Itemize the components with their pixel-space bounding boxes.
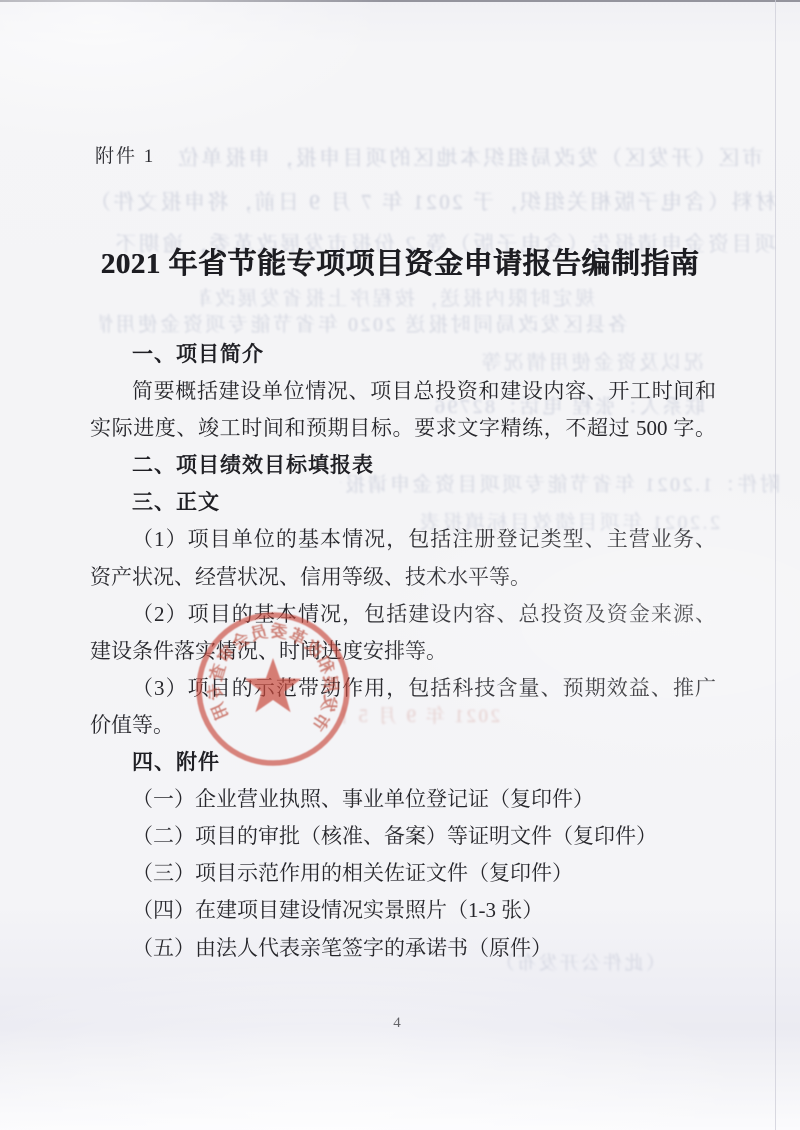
body-line: （一）企业营业执照、事业单位登记证（复印件） [90,781,716,818]
body-line: 三、正文 [90,484,716,521]
scan-right-edge [775,0,776,1130]
red-seal-stamp: 市发展和改革委员会审查专用 [190,606,356,772]
body-line: （二）项目的审批（核准、备案）等证明文件（复印件） [90,818,716,855]
document-title: 2021 年省节能专项项目资金申请报告编制指南 [0,241,800,282]
attachment-label: 附件 1 [95,141,155,168]
body-line: （2）项目的基本情况，包括建设内容、总投资及资金来源、 [90,596,716,633]
body-line: （四）在建项目建设情况实景照片（1-3 张） [90,892,716,929]
scanned-document-page: 市区（开发区）发改局组织本地区的项目申报，申报单位材料（含电子版相关组织，于 2… [0,0,800,1130]
body-line: 二、项目绩效目标填报表 [90,447,716,484]
body-line: （五）由法人代表亲笔签字的承诺书（原件） [90,930,716,967]
body-line: 建设条件落实情况、时间进度安排等。 [90,633,716,670]
document-body-text: 一、项目简介简要概括建设单位情况、项目总投资和建设内容、开工时间和实际进度、竣工… [90,336,716,967]
scan-top-edge [0,0,800,2]
body-line: 一、项目简介 [90,336,716,373]
page-number: 4 [0,1015,794,1032]
body-line: （三）项目示范作用的相关佐证文件（复印件） [90,855,716,892]
body-line: （1）项目单位的基本情况，包括注册登记类型、主营业务、 [90,521,716,558]
body-line: 实际进度、竣工时间和预期目标。要求文字精练，不超过 500 字。 [90,410,716,447]
body-line: 价值等。 [90,707,716,744]
ghost-bleedthrough-line: 各县区发改局同时报送 2020 年省节能专项资金使用情 [100,308,628,337]
seal-star-icon [245,658,302,712]
body-line: （3）项目的示范带动作用，包括科技含量、预期效益、推广 [90,670,716,707]
body-line: 简要概括建设单位情况、项目总投资和建设内容、开工时间和 [90,373,716,410]
body-line: 四、附件 [90,744,716,781]
body-line: 资产状况、经营状况、信用等级、技术水平等。 [90,559,716,596]
ghost-bleedthrough-line: 材料（含电子版相关组织，于 2021 年 7 月 9 日前，将申报文件） [86,186,776,216]
ghost-bleedthrough-line: 市区（开发区）发改局组织本地区的项目申报，申报单位 [108,142,763,172]
ghost-bleedthrough-line: 规定时限内报送，按程序上报省发展改革委 [200,282,595,311]
